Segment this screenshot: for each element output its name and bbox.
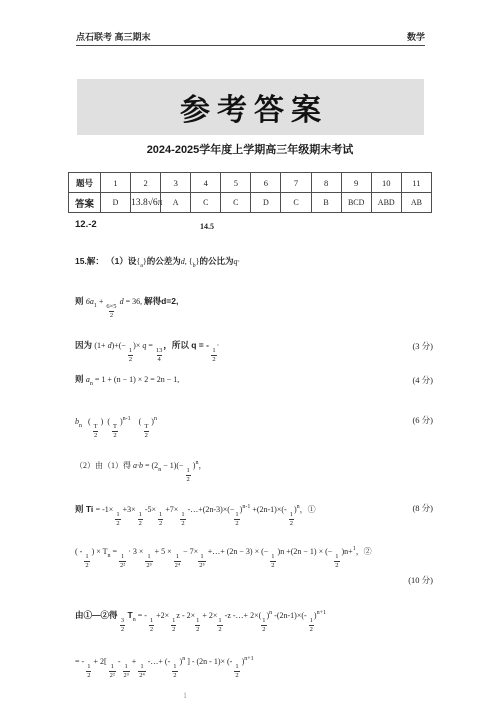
math-text: 1 (183, 691, 187, 700)
math-text: -(2n-1)×(- (272, 611, 309, 620)
math-text: · 3 × (126, 547, 145, 556)
math-text: )+(− (112, 341, 128, 350)
math-text: − 1)(− (161, 461, 185, 470)
math-text: 则 (75, 374, 86, 384)
math-text: +…+ (2n − 3) × (− (206, 547, 271, 556)
solution-line: 则 Ti = -1× 12 +3× 12 -5× 12 +7× 12 -…+(2… (75, 500, 433, 528)
math-text: -z -…+ 2×( (223, 611, 262, 620)
solution-line: 由①—②得 32 Tn = - 12 +2× 12z - 2×12 + 2×12… (75, 606, 433, 634)
math-text: , { (185, 257, 193, 266)
math-text: d (118, 297, 126, 306)
math-text: · (217, 341, 220, 350)
math-text: + 2[ (91, 657, 108, 666)
answer-sheet-page: 点石联考 高三期末 数学 参考答案 2024-2025学年度上学期高三年级期末考… (0, 0, 500, 707)
math-text: ( (82, 417, 93, 426)
math-text: ( (131, 417, 144, 426)
score-label: (10 分) (408, 573, 433, 588)
math-text: -…+(2n-3)×(− (186, 505, 235, 514)
math-text: +3× (121, 505, 138, 514)
math-text: = 1 + (n − 1) × 2 = 2n − 1, (93, 375, 179, 384)
math-text: ，① (300, 505, 318, 514)
fraction: 12³ (145, 553, 152, 570)
math-text: n+1 (244, 656, 253, 662)
fraction: 6×52 (105, 303, 117, 320)
score-label: (6 分) (412, 413, 433, 428)
math-text: 15.解： （1）设 (75, 256, 136, 266)
math-text: + (97, 297, 106, 306)
math-text: 6a (86, 297, 94, 306)
solution-line: ( - 12 ) × Tn = 12² · 3 × 12³ + 5 × 12⁴ … (75, 542, 433, 570)
score-label: (3 分) (412, 339, 433, 354)
math-text: ，所以 q = - (163, 340, 211, 350)
math-text: - (116, 657, 123, 666)
math-text: ] - (2n - 1)× (- (185, 657, 234, 666)
fraction: 12³ (123, 663, 130, 680)
solution-line: 因为 (1+ d)+(− 12)× q = 134，所以 q = - 12·(3… (75, 338, 433, 364)
solution-line: 则 6a1 + 6×52 d = 36, 解得d=2, (75, 294, 433, 320)
solution-line: 1 (75, 688, 433, 703)
math-text: z - 2× (176, 611, 195, 620)
math-text: n-1 (123, 416, 131, 422)
math-text: n (154, 416, 157, 422)
math-text: n+1 (317, 610, 326, 616)
math-text: -…+ (- (146, 657, 173, 666)
math-text: +(2n-1)×(- (250, 505, 288, 514)
math-text: )n +(2n − 1) × (− (276, 547, 335, 556)
math-text: （2）由（1）得 (75, 461, 133, 470)
score-label: (8 分) (412, 501, 433, 516)
math-text: 的公比为 (199, 256, 233, 266)
fraction: 12⁴ (138, 663, 146, 680)
solution-line: （2）由（1）得 a·b = (2n − 1)(− 12 )n， (75, 456, 433, 484)
math-text: )× (133, 341, 142, 350)
math-text: ) × T (90, 547, 108, 556)
solution-lines: 15.解： （1）设{a}的公差为d, {b}的公比为q·则 6a1 + 6×5… (75, 0, 433, 707)
math-text: + (130, 657, 139, 666)
score-label: (4 分) (412, 373, 433, 388)
math-text: · (237, 257, 240, 266)
math-text: = (111, 547, 120, 556)
math-text: = (2 (143, 461, 158, 470)
math-text: + 5 × (153, 547, 174, 556)
math-text: + 2× (200, 611, 217, 620)
math-text: = -1× (96, 505, 116, 514)
solution-line: = - 12 + 2[ 12² - 12³ + 12⁴ -…+ (- 12 )n… (75, 652, 433, 680)
math-text: +2× (154, 611, 171, 620)
fraction: 12⁵ (198, 553, 206, 570)
math-text: )n+ (340, 547, 353, 556)
math-text: = (146, 341, 155, 350)
math-text: a·b (133, 461, 143, 470)
math-text: ( - (75, 547, 84, 556)
math-text: = - (136, 611, 149, 620)
math-text: (1+ (94, 341, 107, 350)
solution-line: 15.解： （1）设{a}的公差为d, {b}的公比为q· (75, 254, 433, 274)
math-text: = 36, (126, 297, 145, 306)
fraction: 12² (109, 663, 116, 680)
math-text: -5× (143, 505, 158, 514)
math-text: = - (75, 657, 86, 666)
math-text: ) ( (99, 417, 112, 426)
math-text: 因为 (75, 340, 94, 350)
math-text: 的公差为 (147, 256, 181, 266)
math-text: T (125, 610, 133, 620)
math-text: − 7× (181, 547, 198, 556)
math-text: ，② (356, 547, 372, 556)
math-text: 由①—②得 (75, 610, 120, 620)
math-text: 解得d=2, (144, 296, 178, 306)
solution-line: 则 an = 1 + (n − 1) × 2 = 2n − 1,(4 分) (75, 372, 433, 392)
math-text: 则 (75, 296, 86, 306)
math-text: 则 Ti (75, 504, 96, 514)
solution-line: bn ( T2 ) ( T2 )n-1 ( T2 )n(6 分) (75, 412, 433, 440)
math-text: +7× (163, 505, 180, 514)
math-text: ， (198, 461, 206, 470)
